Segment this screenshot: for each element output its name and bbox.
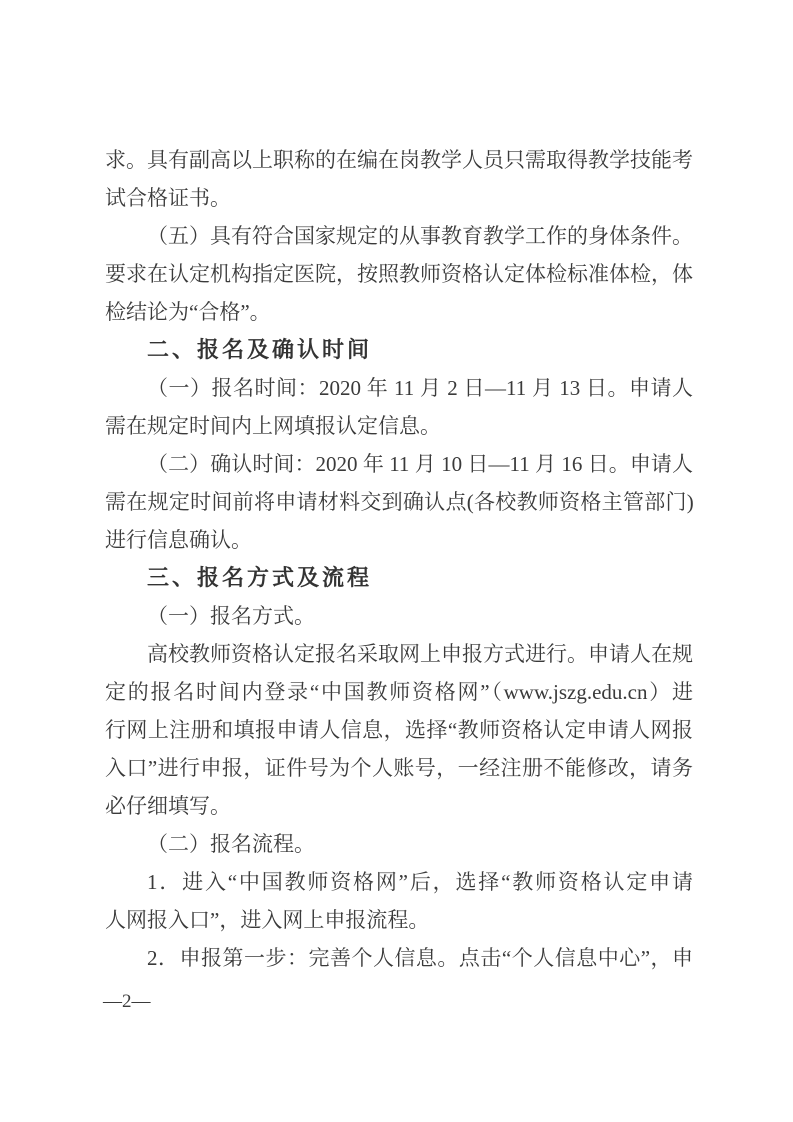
document-page: 求。具有副高以上职称的在编在岗教学人员只需取得教学技能考试合格证书。（五）具有符…: [0, 0, 793, 1122]
section-heading: 三、报名方式及流程: [105, 559, 693, 597]
text-line: 2．申报第一步：完善个人信息。点击“个人信息中心”，申: [105, 939, 693, 977]
text-line: 人网报入口”，进入网上申报流程。: [105, 901, 693, 939]
text-line: 需在规定时间前将申请材料交到确认点(各校教师资格主管部门): [105, 483, 693, 521]
document-body: 求。具有副高以上职称的在编在岗教学人员只需取得教学技能考试合格证书。（五）具有符…: [105, 141, 693, 977]
text-line: （二）报名流程。: [105, 825, 693, 863]
text-line: 要求在认定机构指定医院，按照教师资格认定体检标准体检，体: [105, 255, 693, 293]
text-line: （二）确认时间：2020 年 11 月 10 日—11 月 16 日。申请人: [105, 445, 693, 483]
text-line: 行网上注册和填报申请人信息，选择“教师资格认定申请人网报: [105, 711, 693, 749]
text-line: 高校教师资格认定报名采取网上申报方式进行。申请人在规: [105, 635, 693, 673]
page-number: —2—: [103, 990, 151, 1014]
text-line: 求。具有副高以上职称的在编在岗教学人员只需取得教学技能考: [105, 141, 693, 179]
text-line: 1．进入“中国教师资格网”后，选择“教师资格认定申请: [105, 863, 693, 901]
section-heading: 二、报名及确认时间: [105, 331, 693, 369]
text-line: （五）具有符合国家规定的从事教育教学工作的身体条件。: [105, 217, 693, 255]
text-line: 定的报名时间内登录“中国教师资格网”（www.jszg.edu.cn）进: [105, 673, 693, 711]
text-line: 进行信息确认。: [105, 521, 693, 559]
text-line: （一）报名时间：2020 年 11 月 2 日—11 月 13 日。申请人: [105, 369, 693, 407]
text-line: 必仔细填写。: [105, 787, 693, 825]
text-line: 检结论为“合格”。: [105, 293, 693, 331]
text-line: 入口”进行申报，证件号为个人账号，一经注册不能修改，请务: [105, 749, 693, 787]
text-line: 试合格证书。: [105, 179, 693, 217]
text-line: （一）报名方式。: [105, 597, 693, 635]
text-line: 需在规定时间内上网填报认定信息。: [105, 407, 693, 445]
